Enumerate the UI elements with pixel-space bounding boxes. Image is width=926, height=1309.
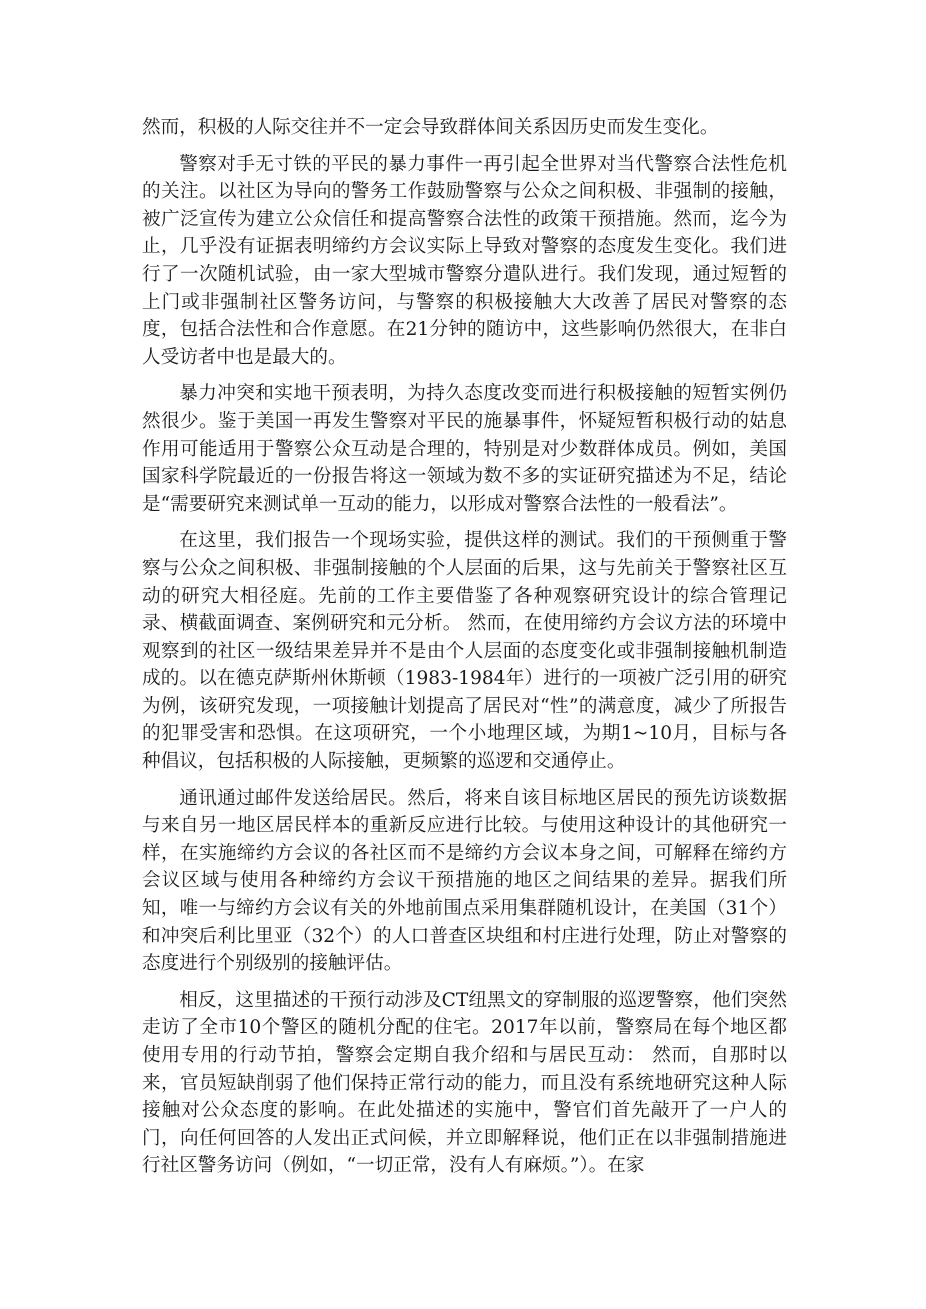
paragraph-6: 相反，这里描述的干预行动涉及CT纽黑文的穿制服的巡逻警察，他们突然走访了全市10… — [142, 987, 787, 1180]
paragraph-5: 通讯通过邮件发送给居民。然后，将来自该目标地区居民的预先访谈数据与来自另一地区居… — [142, 785, 787, 978]
paragraph-3: 暴力冲突和实地干预表明，为持久态度改变而进行积极接触的短暂实例仍然很少。鉴于美国… — [142, 380, 787, 518]
paragraph-4: 在这里，我们报告一个现场实验，提供这样的测试。我们的干预侧重于警察与公众之间积极… — [142, 527, 787, 775]
document-page: 然而，积极的人际交往并不一定会导致群体间关系因历史而发生变化。 警察对手无寸铁的… — [142, 114, 787, 1189]
paragraph-2: 警察对手无寸铁的平民的暴力事件一再引起全世界对当代警察合法性危机的关注。以社区为… — [142, 151, 787, 372]
paragraph-1: 然而，积极的人际交往并不一定会导致群体间关系因历史而发生变化。 — [142, 114, 787, 142]
